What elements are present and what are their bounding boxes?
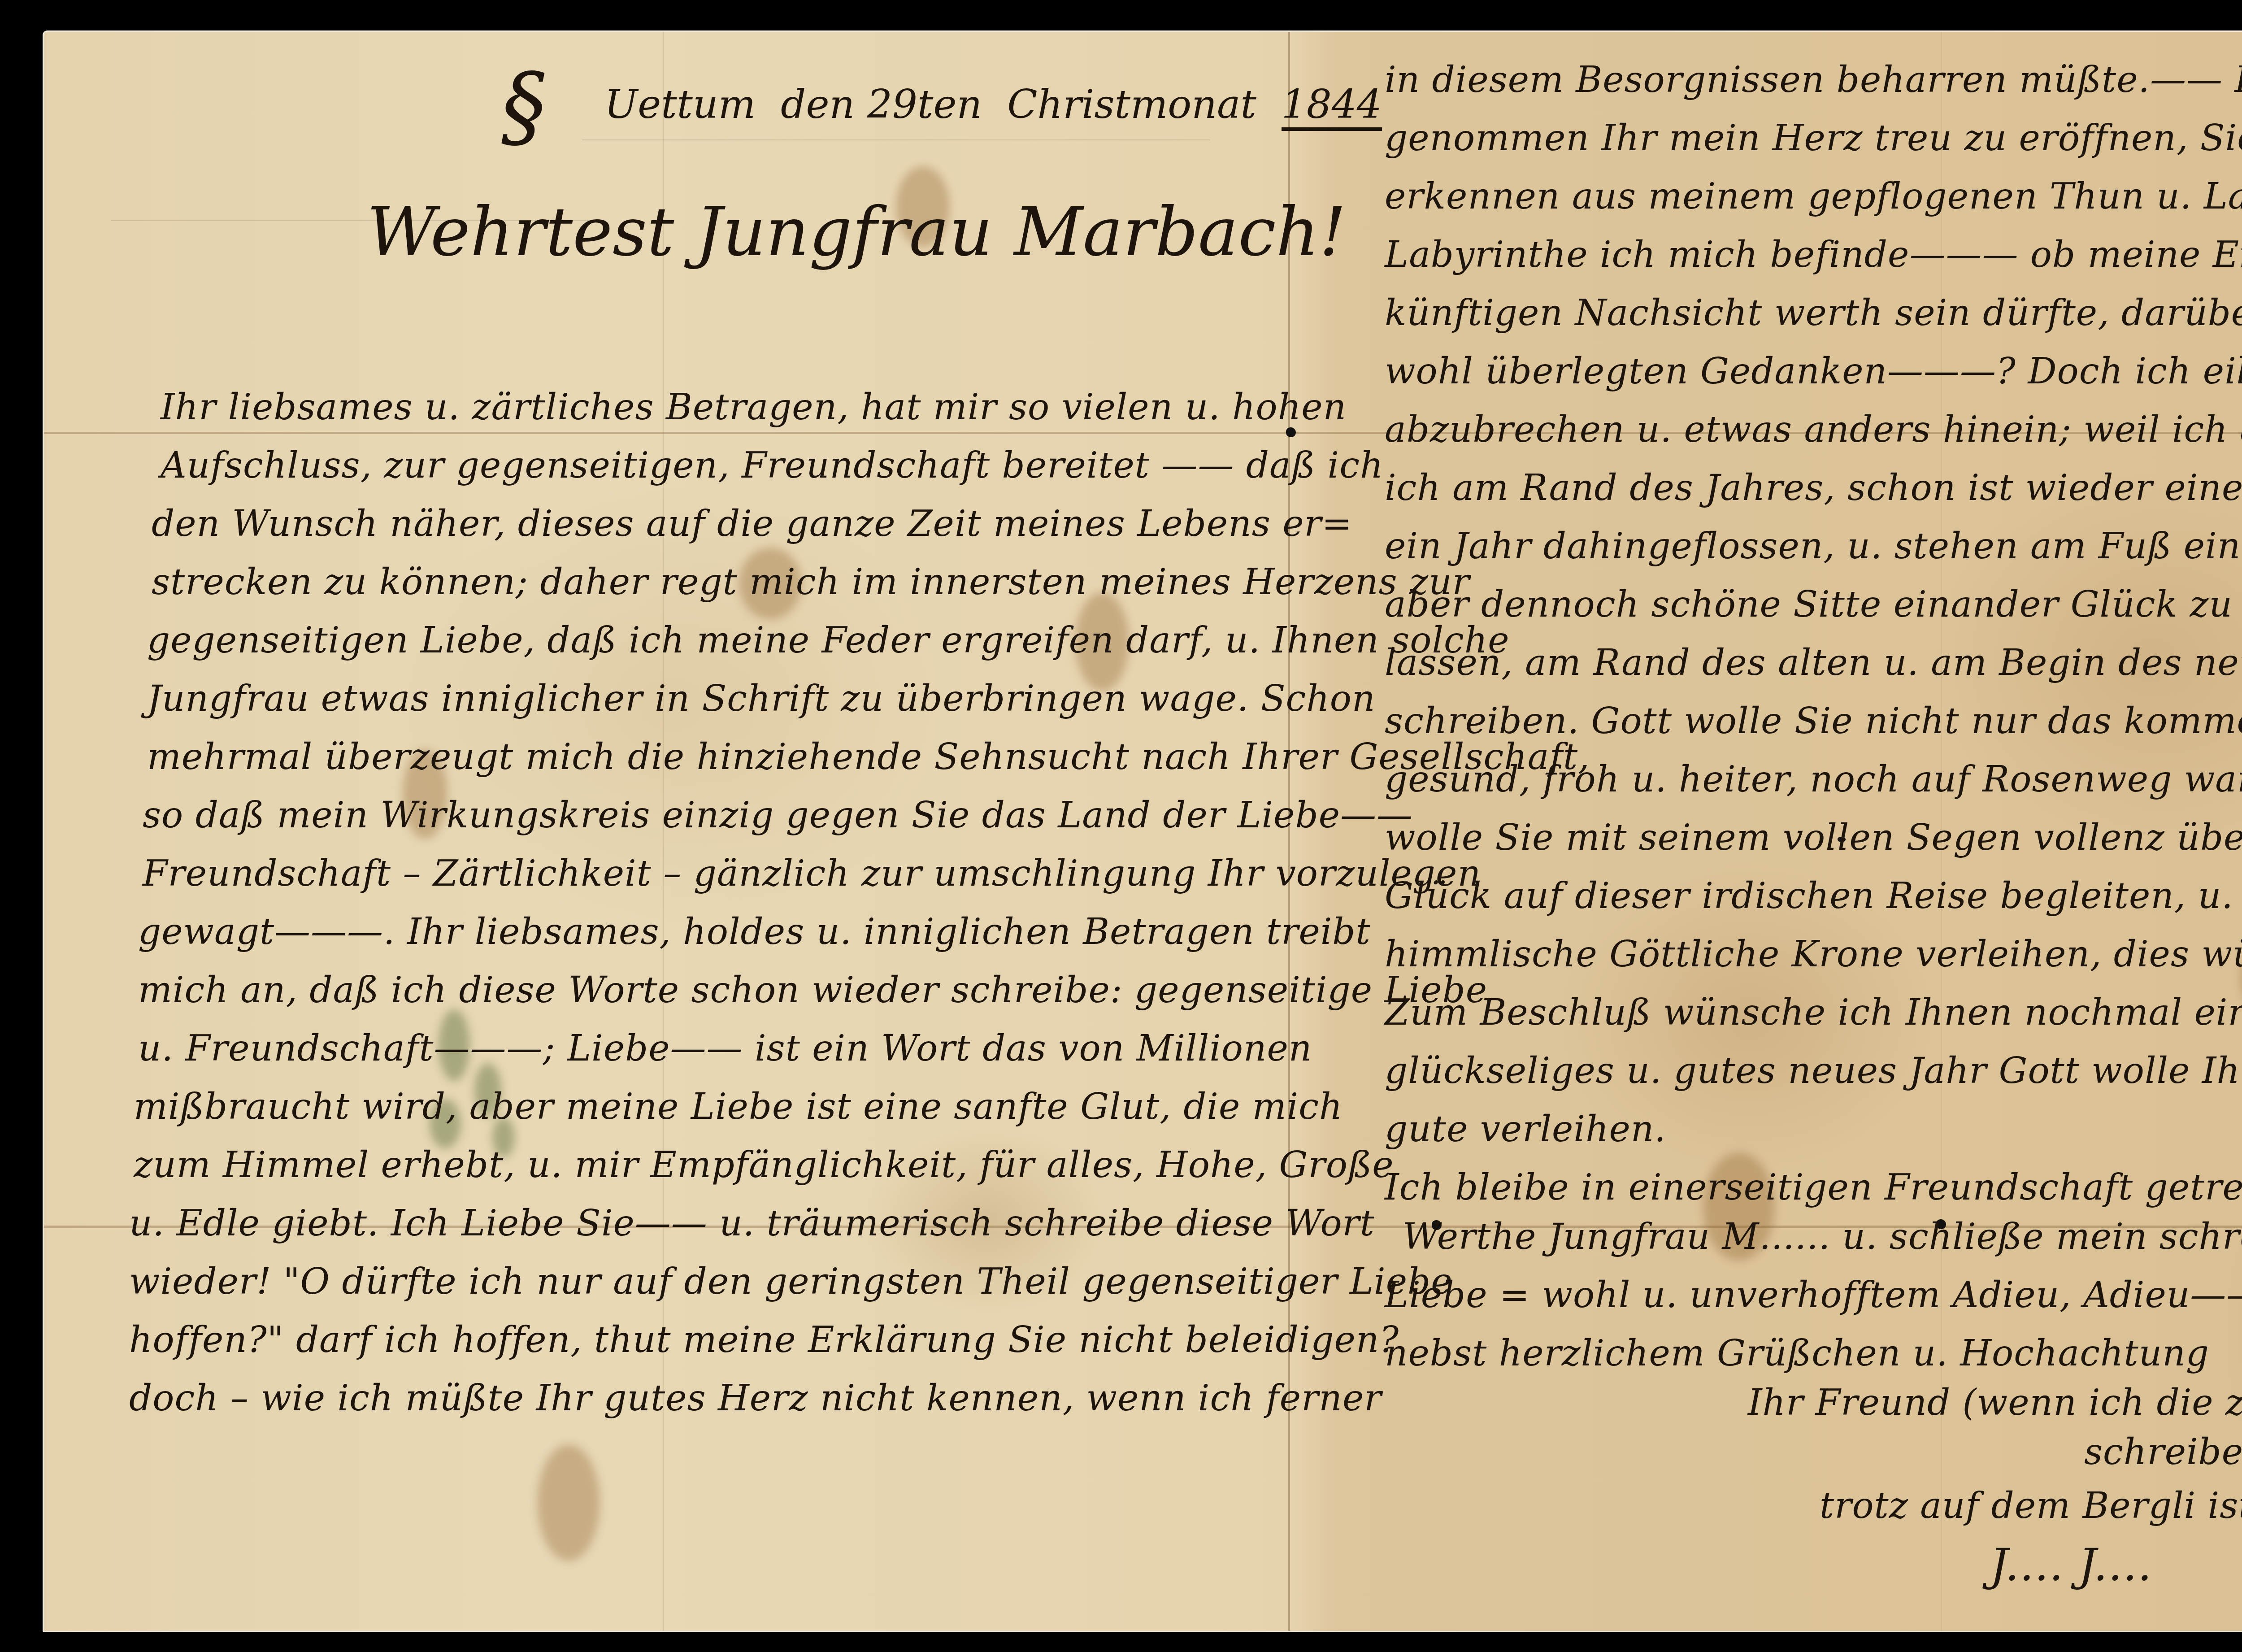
text-line: zum Himmel erhebt, u. mir Empfänglichkei… (134, 1144, 1394, 1186)
text-line: doch – wie ich müßte Ihr gutes Herz nich… (129, 1377, 1382, 1419)
text-line: ich am Rand des Jahres, schon ist wieder… (1385, 467, 2242, 509)
date-year: 1844 (1282, 81, 1382, 131)
text-line: Aufschluss, zur gegenseitigen, Freundsch… (161, 444, 1384, 486)
text-line: u. Freundschaft———; Liebe—— ist ein Wort… (138, 1027, 1312, 1069)
text-line: mehrmal überzeugt mich die hinziehende S… (147, 736, 1590, 778)
date-month: Christmonat (1007, 81, 1256, 127)
closing-line: Werthe Jungfrau M...... u. schließe mein… (1403, 1216, 2242, 1257)
letter-paper: Uettum den 29ten Christmonat 1844 § Wehr… (43, 30, 2242, 1632)
text-line: Zum Beschluß wünsche ich Ihnen nochmal e… (1385, 991, 2242, 1033)
text-line: aber dennoch schöne Sitte einander Glück… (1385, 583, 2242, 625)
text-line: genommen Ihr mein Herz treu zu eröffnen,… (1385, 117, 2242, 159)
paper-hole (1286, 427, 1296, 437)
text-line: künftigen Nachsicht werth sein dürfte, d… (1385, 292, 2242, 334)
place: Uettum (604, 81, 756, 127)
text-line: den Wunsch näher, dieses auf die ganze Z… (152, 503, 1352, 544)
text-line: hoffen?" darf ich hoffen, thut meine Erk… (129, 1319, 1399, 1361)
stain (537, 1444, 600, 1561)
text-line: in diesem Besorgnissen beharren müßte.——… (1385, 59, 2242, 100)
signature-initials: J.... J.... (1990, 1539, 2152, 1591)
text-line: strecken zu können; daher regt mich im i… (152, 561, 1470, 603)
text-line: ein Jahr dahingeflossen, u. stehen am Fu… (1385, 525, 2242, 567)
signature-line: schreiben darf) (2084, 1431, 2242, 1473)
signature-line: Ihr Freund (wenn ich die zwey letzten Wo… (1748, 1382, 2242, 1423)
signature-line: trotz auf dem Bergli ist es lieblich (1820, 1485, 2242, 1526)
flourish-ornament: § (501, 54, 546, 159)
text-line: Jungfrau etwas inniglicher in Schrift zu… (147, 678, 1376, 719)
text-line: wohl überlegten Gedanken———? Doch ich ei… (1385, 350, 2242, 392)
text-line: gegenseitigen Liebe, daß ich meine Feder… (147, 619, 1510, 661)
text-line: wolle Sie mit seinem vollen Segen vollen… (1385, 817, 2242, 858)
closing-line: nebst herzlichem Grüßchen u. Hochachtung (1385, 1332, 2209, 1374)
text-line: gewagt———. Ihr liebsames, holdes u. inni… (138, 911, 1371, 952)
closing-line: Ich bleibe in einerseitigen Freundschaft… (1385, 1166, 2242, 1208)
text-line: so daß mein Wirkungskreis einzig gegen S… (143, 794, 1413, 836)
text-line: Ihr liebsames u. zärtliches Betragen, ha… (161, 386, 1347, 428)
date-day: den 29ten (781, 81, 982, 127)
text-line: Freundschaft – Zärtlichkeit – gänzlich z… (143, 852, 1481, 894)
text-line: himmlische Göttliche Krone verleihen, di… (1385, 933, 2242, 975)
salutation: Wehrtest Jungfrau Marbach! (367, 193, 1346, 271)
text-line: wieder! "O dürfte ich nur auf den gering… (129, 1261, 1453, 1302)
text-line: gute verleihen. (1385, 1108, 1666, 1150)
letter-date-heading: Uettum den 29ten Christmonat 1844 (604, 81, 1382, 127)
text-line: abzubrechen u. etwas anders hinein; weil… (1385, 409, 2242, 450)
text-line: u. Edle giebt. Ich Liebe Sie—— u. träume… (129, 1202, 1375, 1244)
text-line: glückseliges u. gutes neues Jahr Gott wo… (1385, 1050, 2242, 1091)
text-line: gesund, froh u. heiter, noch auf Rosenwe… (1385, 758, 2242, 800)
closing-line: Liebe = wohl u. unverhofftem Adieu, Adie… (1385, 1274, 2242, 1316)
text-line: mißbraucht wird, aber meine Liebe ist ei… (134, 1086, 1343, 1127)
text-line: mich an, daß ich diese Worte schon wiede… (138, 969, 1487, 1011)
text-line: lassen, am Rand des alten u. am Begin de… (1385, 642, 2242, 683)
text-line: erkennen aus meinem gepflogenen Thun u. … (1385, 175, 2242, 217)
text-line: Labyrinthe ich mich befinde——— ob meine … (1385, 234, 2242, 275)
text-line: schreiben. Gott wolle Sie nicht nur das … (1385, 700, 2242, 742)
ruled-line (582, 139, 1210, 140)
text-line: Glück auf dieser irdischen Reise begleit… (1385, 875, 2242, 917)
